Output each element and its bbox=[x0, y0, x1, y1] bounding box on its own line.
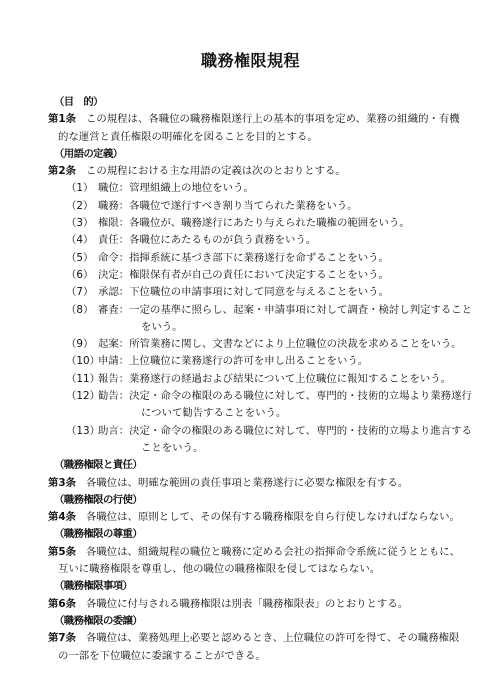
definition-5: （5）命令：指揮系統に基づき部下に業務遂行を命ずることをいう。 bbox=[48, 250, 458, 267]
definition-13-continuation: ことをいう。 bbox=[48, 440, 458, 457]
article-4: 第4条各職位は、原則として、その保有する職務権限を自ら行使しなければならない。 bbox=[48, 509, 458, 526]
definition-1: （1）職位：管理組織上の地位をいう。 bbox=[48, 180, 458, 197]
definition-text: 指揮系統に基づき部下に業務遂行を命ずることをいう。 bbox=[129, 252, 389, 264]
definition-8-continuation: をいう。 bbox=[48, 319, 458, 336]
definition-number: （11） bbox=[66, 371, 98, 388]
definition-number: （6） bbox=[66, 267, 98, 284]
article-1-heading: （目 的） bbox=[48, 94, 458, 111]
document-title: 職務権限規程 bbox=[0, 48, 501, 71]
definition-10: （10）申請：上位職位に業務遂行の許可を申し出ることをいう。 bbox=[48, 353, 458, 370]
definition-number: （8） bbox=[66, 302, 98, 319]
definition-8: （8）審査：一定の基準に照らし、起案・申請事項に対して調査・検討し判定すること bbox=[48, 302, 458, 319]
definition-term: 承認： bbox=[98, 284, 129, 301]
definition-text: 各職位で遂行すべき割り当てられた業務をいう。 bbox=[129, 200, 357, 212]
document-body: （目 的） 第1条この規程は、各職位の職務権限遂行上の基本的事項を定め、業務の組… bbox=[48, 94, 458, 665]
definition-12-continuation: について勧告することをいう。 bbox=[48, 405, 458, 422]
definition-number: （7） bbox=[66, 284, 98, 301]
article-1-text: この規程は、各職位の職務権限遂行上の基本的事項を定め、業務の組織的・有機 bbox=[86, 113, 460, 125]
definition-number: （9） bbox=[66, 336, 98, 353]
definition-number: （3） bbox=[66, 215, 98, 232]
article-3-heading: （職務権限と責任） bbox=[48, 457, 458, 474]
definition-term: 起案： bbox=[98, 336, 129, 353]
definition-text: 決定・命令の権限のある職位に対して、専門的・技術的立場より業務遂行 bbox=[129, 390, 472, 402]
definition-text: 各職位が、職務遂行にあたり与えられた職権の範囲をいう。 bbox=[129, 217, 410, 229]
article-7-text: 各職位は、業務処理上必要と認めるとき、上位職位の許可を得て、その職務権限 bbox=[86, 632, 459, 644]
definition-3: （3）権限：各職位が、職務遂行にあたり与えられた職権の範囲をいう。 bbox=[48, 215, 458, 232]
article-3-label: 第3条 bbox=[48, 475, 86, 492]
definition-term: 申請： bbox=[98, 353, 129, 370]
definition-number: （1） bbox=[66, 180, 98, 197]
definition-number: （2） bbox=[66, 198, 98, 215]
article-2-heading: （用語の定義） bbox=[48, 146, 458, 163]
definition-text: 所管業務に関し、文書などにより上位職位の決裁を求めることをいう。 bbox=[129, 338, 462, 350]
definition-number: （5） bbox=[66, 250, 98, 267]
article-5-text: 各職位は、組織規程の職位と職務に定める会社の指揮命令系統に従うとともに、 bbox=[86, 546, 460, 558]
article-6: 第6条各職位に付与される職務権限は別表「職務権限表」のとおりとする。 bbox=[48, 596, 458, 613]
definition-term: 職務： bbox=[98, 198, 129, 215]
article-3-text: 各職位は、明確な範囲の責任事項と業務遂行に必要な権限を有する。 bbox=[86, 477, 408, 489]
definition-number: （12） bbox=[66, 388, 98, 405]
article-2: 第2条この規程における主な用語の定義は次のとおりとする。 bbox=[48, 163, 458, 180]
definition-term: 勧告： bbox=[98, 388, 129, 405]
definition-7: （7）承認：下位職位の申請事項に対して同意を与えることをいう。 bbox=[48, 284, 458, 301]
article-5: 第5条各職位は、組織規程の職位と職務に定める会社の指揮命令系統に従うとともに、 bbox=[48, 544, 458, 561]
definition-term: 職位： bbox=[98, 180, 129, 197]
definition-term: 命令： bbox=[98, 250, 129, 267]
article-6-heading: （職務権限事項） bbox=[48, 578, 458, 595]
article-5-heading: （職務権限の尊重） bbox=[48, 526, 458, 543]
definition-term: 権限： bbox=[98, 215, 129, 232]
definition-2: （2）職務：各職位で遂行すべき割り当てられた業務をいう。 bbox=[48, 198, 458, 215]
definition-text: 下位職位の申請事項に対して同意を与えることをいう。 bbox=[129, 286, 389, 298]
definition-number: （4） bbox=[66, 232, 98, 249]
definition-4: （4）責任：各職位にあたるものが負う責務をいう。 bbox=[48, 232, 458, 249]
definition-term: 助言： bbox=[98, 423, 129, 440]
article-4-text: 各職位は、原則として、その保有する職務権限を自ら行使しなければならない。 bbox=[86, 511, 460, 523]
definition-11: （11）報告：業務遂行の経過および結果について上位職位に報知することをいう。 bbox=[48, 371, 458, 388]
definition-6: （6）決定：権限保有者が自己の責任において決定することをいう。 bbox=[48, 267, 458, 284]
article-7: 第7条各職位は、業務処理上必要と認めるとき、上位職位の許可を得て、その職務権限 bbox=[48, 630, 458, 647]
article-6-text: 各職位に付与される職務権限は別表「職務権限表」のとおりとする。 bbox=[86, 598, 408, 610]
article-4-heading: （職務権限の行使） bbox=[48, 492, 458, 509]
definition-text: 業務遂行の経過および結果について上位職位に報知することをいう。 bbox=[129, 373, 451, 385]
definition-term: 責任： bbox=[98, 232, 129, 249]
article-5-label: 第5条 bbox=[48, 544, 86, 561]
definition-text: 権限保有者が自己の責任において決定することをいう。 bbox=[129, 269, 389, 281]
document-page: 職務権限規程 （目 的） 第1条この規程は、各職位の職務権限遂行上の基本的事項を… bbox=[0, 0, 501, 698]
definition-text: 各職位にあたるものが負う責務をいう。 bbox=[129, 234, 316, 246]
definition-13: （13）助言：決定・命令の権限のある職位に対して、専門的・技術的立場より進言する bbox=[48, 423, 458, 440]
article-1-continuation: 的な運営と責任権限の明確化を図ることを目的とする。 bbox=[48, 129, 458, 146]
definition-text: 管理組織上の地位をいう。 bbox=[129, 182, 254, 194]
definition-term: 決定： bbox=[98, 267, 129, 284]
definition-text: 一定の基準に照らし、起案・申請事項に対して調査・検討し判定すること bbox=[129, 304, 472, 316]
definition-12: （12）勧告：決定・命令の権限のある職位に対して、専門的・技術的立場より業務遂行 bbox=[48, 388, 458, 405]
definition-term: 報告： bbox=[98, 371, 129, 388]
definition-text: 上位職位に業務遂行の許可を申し出ることをいう。 bbox=[129, 355, 368, 367]
definition-number: （13） bbox=[66, 423, 98, 440]
article-5-continuation: 互いに職務権限を尊重し、他の職位の職務権限を侵してはならない。 bbox=[48, 561, 458, 578]
definition-9: （9）起案：所管業務に関し、文書などにより上位職位の決裁を求めることをいう。 bbox=[48, 336, 458, 353]
article-1-label: 第1条 bbox=[48, 111, 86, 128]
article-7-continuation: の一部を下位職位に委譲することができる。 bbox=[48, 648, 458, 665]
article-2-text: この規程における主な用語の定義は次のとおりとする。 bbox=[86, 165, 346, 177]
article-2-label: 第2条 bbox=[48, 163, 86, 180]
article-7-heading: （職務権限の委譲） bbox=[48, 613, 458, 630]
article-7-label: 第7条 bbox=[48, 630, 86, 647]
article-6-label: 第6条 bbox=[48, 596, 86, 613]
definition-number: （10） bbox=[66, 353, 98, 370]
definition-term: 審査： bbox=[98, 302, 129, 319]
article-3: 第3条各職位は、明確な範囲の責任事項と業務遂行に必要な権限を有する。 bbox=[48, 475, 458, 492]
article-1: 第1条この規程は、各職位の職務権限遂行上の基本的事項を定め、業務の組織的・有機 bbox=[48, 111, 458, 128]
article-4-label: 第4条 bbox=[48, 509, 86, 526]
definition-text: 決定・命令の権限のある職位に対して、専門的・技術的立場より進言する bbox=[129, 425, 472, 437]
